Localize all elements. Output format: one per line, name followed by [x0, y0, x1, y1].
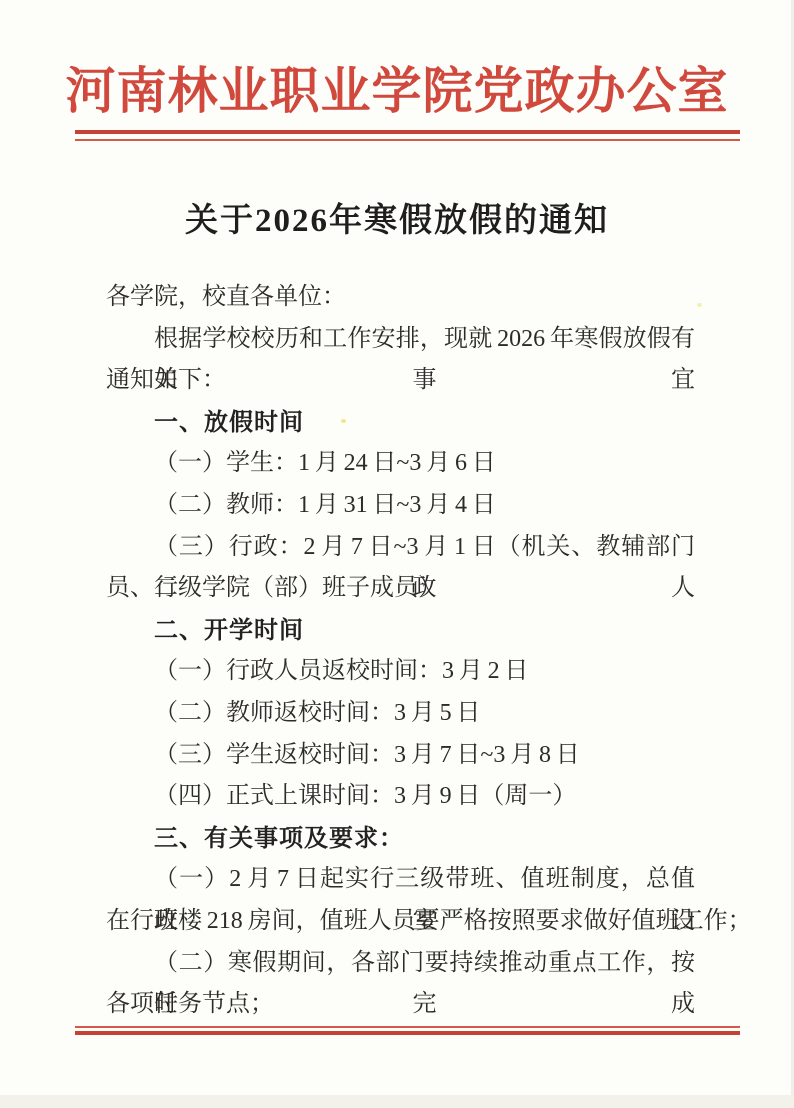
scan-edge-artifact	[0, 1095, 794, 1108]
body-line: 一、放假时间	[106, 402, 695, 444]
footer-rule-thin	[75, 1026, 740, 1028]
body-line: 二、开学时间	[106, 610, 695, 652]
header-rule-thin	[75, 139, 740, 141]
letterhead-title: 河南林业职业学院党政办公室	[0, 62, 794, 120]
body-line: （一）2 月 7 日起实行三级带班、值班制度，总值班室设	[106, 859, 695, 901]
body-line: （三）行政：2 月 7 日~3 月 1 日（机关、教辅部门行政人	[106, 527, 695, 569]
body-line: （一）行政人员返校时间：3 月 2 日	[106, 651, 695, 693]
body-line: （二）寒假期间，各部门要持续推动重点工作，按时完成	[106, 943, 695, 985]
body-line: （一）学生：1 月 24 日~3 月 6 日	[106, 443, 695, 485]
body-line: 各学院，校直各单位：	[106, 277, 695, 319]
header-rule-thick	[75, 130, 740, 134]
document-page: 河南林业职业学院党政办公室 关于2026年寒假放假的通知 各学院，校直各单位：根…	[0, 0, 794, 1108]
document-body: 各学院，校直各单位：根据学校校历和工作安排，现就 2026 年寒假放假有关事宜通…	[106, 277, 695, 1026]
footer-rule-thick	[75, 1031, 740, 1035]
document-title: 关于2026年寒假放假的通知	[0, 199, 794, 243]
body-line: 根据学校校历和工作安排，现就 2026 年寒假放假有关事宜	[106, 319, 695, 361]
body-line: （四）正式上课时间：3 月 9 日（周一）	[106, 776, 695, 818]
body-line: （三）学生返校时间：3 月 7 日~3 月 8 日	[106, 735, 695, 777]
body-line: （二）教师：1 月 31 日~3 月 4 日	[106, 485, 695, 527]
body-line: 三、有关事项及要求：	[106, 818, 695, 860]
body-line: （二）教师返校时间：3 月 5 日	[106, 693, 695, 735]
body-line: 在行政楼 218 房间，值班人员要严格按照要求做好值班工作；	[106, 901, 695, 943]
scan-speck	[341, 419, 346, 423]
scan-speck	[697, 303, 702, 307]
